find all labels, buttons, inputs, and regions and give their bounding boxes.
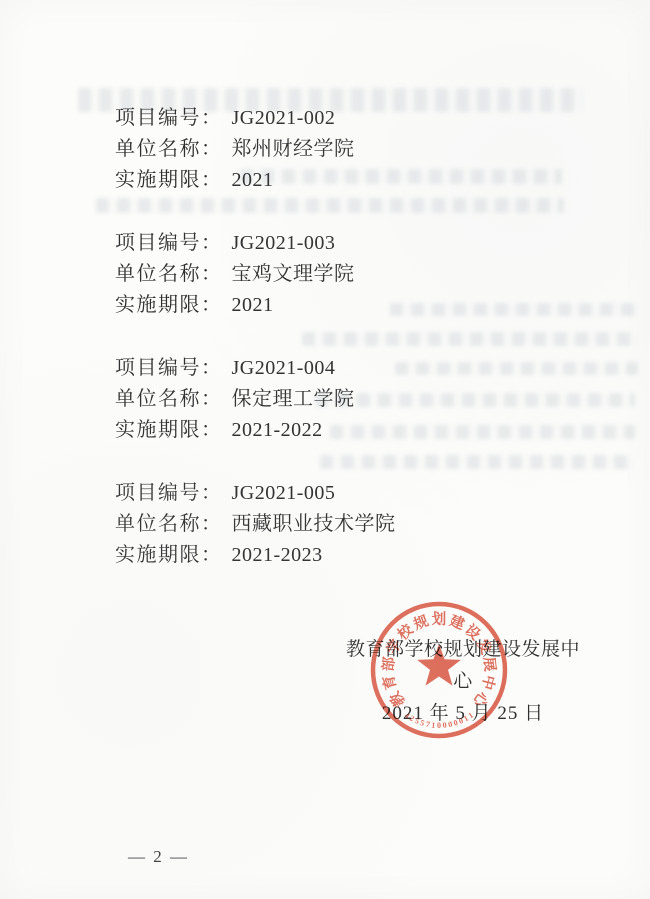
unit-name-label: 单位名称： (115, 263, 223, 285)
project-number-line: 项目编号：JG2021-005 (115, 478, 575, 509)
unit-name-value: 郑州财经学院 (232, 138, 355, 160)
project-number-label: 项目编号： (115, 232, 223, 254)
period-line: 实施期限：2021 (115, 290, 575, 321)
project-entry: 项目编号：JG2021-004 单位名称：保定理工学院 实施期限：2021-20… (115, 353, 575, 446)
unit-name-label: 单位名称： (115, 513, 223, 535)
project-number-line: 项目编号：JG2021-002 (115, 103, 575, 134)
bleedthrough-ghost-text (96, 198, 564, 213)
project-number-value: JG2021-005 (232, 482, 336, 504)
bleedthrough-ghost-text (320, 455, 635, 469)
period-line: 实施期限：2021-2023 (115, 540, 575, 571)
project-number-line: 项目编号：JG2021-004 (115, 353, 575, 384)
svg-text:建: 建 (447, 612, 467, 633)
project-entry: 项目编号：JG2021-002 单位名称：郑州财经学院 实施期限：2021 (115, 103, 575, 196)
period-value: 2021 (232, 294, 274, 316)
project-number-label: 项目编号： (115, 107, 223, 129)
unit-name-label: 单位名称： (115, 138, 223, 160)
unit-name-line: 单位名称：西藏职业技术学院 (115, 509, 575, 540)
bleedthrough-ghost-text (302, 332, 638, 346)
project-number-label: 项目编号： (115, 357, 223, 379)
unit-name-line: 单位名称：宝鸡文理学院 (115, 259, 575, 290)
signature-block: 教育部学校规划建设发展中心 2021 年 5 月 25 日 (338, 634, 588, 730)
unit-name-value: 西藏职业技术学院 (232, 513, 396, 535)
period-label: 实施期限： (115, 169, 223, 191)
unit-name-line: 单位名称：保定理工学院 (115, 384, 575, 415)
unit-name-line: 单位名称：郑州财经学院 (115, 134, 575, 165)
issue-date: 2021 年 5 月 25 日 (338, 698, 588, 730)
period-label: 实施期限： (115, 294, 223, 316)
project-number-value: JG2021-004 (232, 357, 336, 379)
svg-text:规: 规 (411, 612, 431, 633)
project-number-value: JG2021-003 (232, 232, 336, 254)
period-value: 2021 (232, 169, 274, 191)
period-line: 实施期限：2021-2022 (115, 415, 575, 446)
period-label: 实施期限： (115, 544, 223, 566)
page-number: — 2 — (128, 847, 189, 867)
project-entry: 项目编号：JG2021-005 单位名称：西藏职业技术学院 实施期限：2021-… (115, 478, 575, 571)
unit-name-value: 宝鸡文理学院 (232, 263, 355, 285)
project-number-label: 项目编号： (115, 482, 223, 504)
issuing-organization: 教育部学校规划建设发展中心 (338, 634, 588, 698)
period-line: 实施期限：2021 (115, 165, 575, 196)
period-value: 2021-2022 (232, 419, 323, 441)
scanned-document-page: 项目编号：JG2021-002 单位名称：郑州财经学院 实施期限：2021 项目… (0, 0, 650, 899)
project-number-line: 项目编号：JG2021-003 (115, 228, 575, 259)
period-label: 实施期限： (115, 419, 223, 441)
unit-name-value: 保定理工学院 (232, 388, 355, 410)
period-value: 2021-2023 (232, 544, 323, 566)
project-number-value: JG2021-002 (232, 107, 336, 129)
svg-text:划: 划 (432, 611, 447, 628)
unit-name-label: 单位名称： (115, 388, 223, 410)
project-entry: 项目编号：JG2021-003 单位名称：宝鸡文理学院 实施期限：2021 (115, 228, 575, 321)
